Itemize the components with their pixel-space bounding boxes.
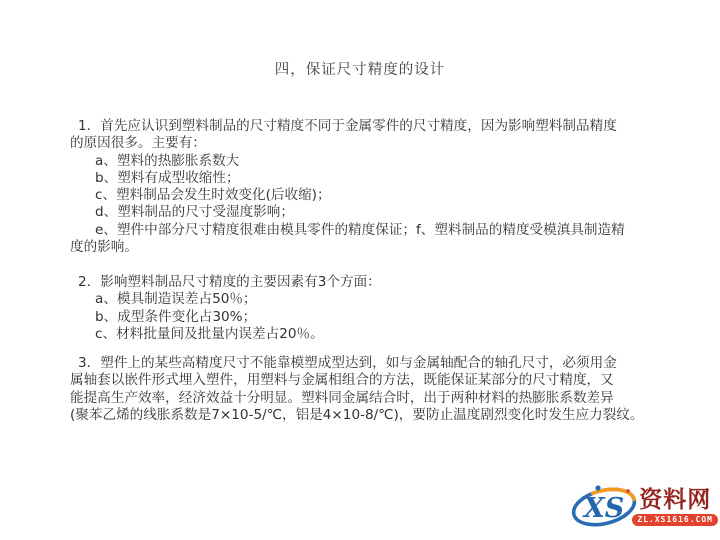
page-title: 四，保证尺寸精度的设计 xyxy=(0,58,720,79)
list-item-a: a、模具制造误差占50％； xyxy=(70,291,670,308)
paragraph-line: 2．影响塑料制品尺寸精度的主要因素有3个方面： xyxy=(70,274,670,291)
list-item-c: c、材料批量间及批量内误差占20％。 xyxy=(70,326,670,343)
paragraph-line: 1．首先应认识到塑料制品的尺寸精度不同于金属零件的尺寸精度，因为影响塑料制品精度 xyxy=(70,118,670,135)
list-item-b: b、成型条件变化占30%； xyxy=(70,309,670,326)
paragraph-line: 度的影响。 xyxy=(70,239,670,256)
slide-page: 四，保证尺寸精度的设计 1．首先应认识到塑料制品的尺寸精度不同于金属零件的尺寸精… xyxy=(0,0,720,540)
paragraph-line: 的原因很多。主要有： xyxy=(70,135,670,152)
paragraph-1: 1．首先应认识到塑料制品的尺寸精度不同于金属零件的尺寸精度，因为影响塑料制品精度… xyxy=(70,118,670,256)
paragraph-line: (聚苯乙烯的线胀系数是7×10-5/℃，铝是4×10-8/℃)，要防止温度剧烈变… xyxy=(70,407,670,424)
list-item-c: c、塑料制品会发生时效变化(后收缩)； xyxy=(70,187,670,204)
list-item-d: d、塑料制品的尺寸受湿度影响； xyxy=(70,204,670,221)
site-url-badge: ZL.XS1616.COM xyxy=(632,514,718,526)
list-item-a: a、塑料的热膨胀系数大 xyxy=(70,153,670,170)
xs-logo-icon: XS xyxy=(568,481,640,533)
list-item-e-f: e、塑件中部分尺寸精度很难由模具零件的精度保证；f、塑料制品的精度受模滇具制造精 xyxy=(70,222,670,239)
site-name: 资料网 xyxy=(639,488,711,512)
paragraph-line: 3．塑件上的某些高精度尺寸不能靠模塑成型达到，如与金属轴配合的轴孔尺寸，必须用金 xyxy=(70,355,670,372)
logo-text-block: 资料网 ZL.XS1616.COM xyxy=(632,488,718,525)
xs-monogram: XS xyxy=(582,493,624,524)
paragraph-2: 2．影响塑料制品尺寸精度的主要因素有3个方面： a、模具制造误差占50％； b、… xyxy=(70,274,670,343)
list-item-b: b、塑料有成型收缩性； xyxy=(70,170,670,187)
paragraph-line: 能提高生产效率，经济效益十分明显。塑料同金属结合时，出于两种材料的热膨胀系数差异 xyxy=(70,390,670,407)
paragraph-line: 属轴套以嵌件形式埋入塑件，用塑料与金属相组合的方法，既能保证某部分的尺寸精度，又 xyxy=(70,372,670,389)
paragraph-3: 3．塑件上的某些高精度尺寸不能靠模塑成型达到，如与金属轴配合的轴孔尺寸，必须用金… xyxy=(70,355,670,424)
site-logo-watermark: XS 资料网 ZL.XS1616.COM xyxy=(568,481,718,533)
